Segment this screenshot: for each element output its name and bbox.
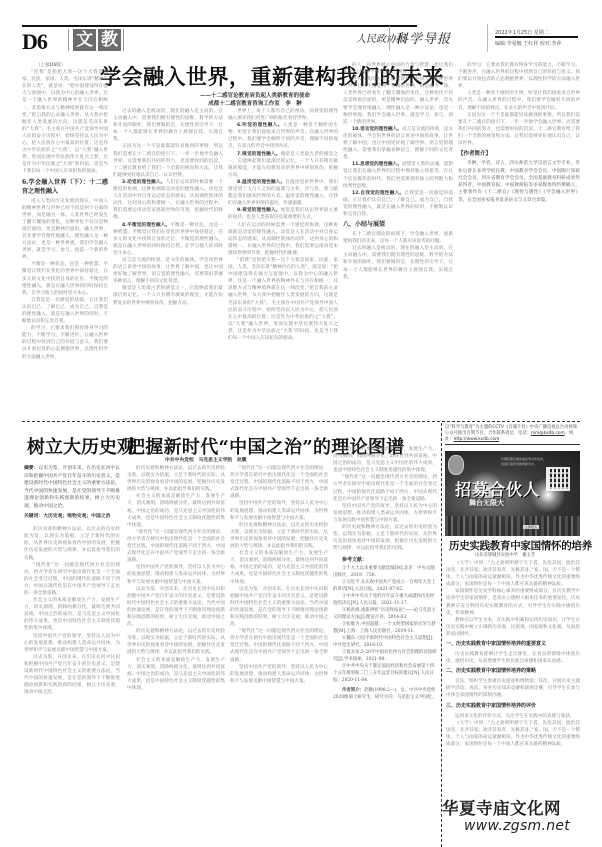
article-1-column-1: （上接D6版） “范我”是指把大我—这个大我是国家、民族、家国、人类。毛泽东讲“… bbox=[22, 62, 108, 420]
article-1-subtitle: ——十二感官论教育肩负起人类新教育的使命 bbox=[140, 91, 370, 99]
paragraph: 社会主义的本质是解放生产力，发展生产力，消灭剥削，消除两极分化，最终达到共同富裕… bbox=[127, 493, 225, 528]
paragraph: 坚持中国共产党的领导，坚持以人民为中心的发展思想，推动构建人类命运共同体，为世界… bbox=[230, 500, 328, 521]
ad-fine-text: 长期招募全国各地优秀合作伙伴，共同打造科学教育新平台 bbox=[501, 457, 546, 466]
inline-heading: 11.思想觉的理性融入。 bbox=[352, 162, 402, 167]
inline-heading: 6.听觉的理性融入。 bbox=[237, 123, 283, 128]
masthead-divider bbox=[68, 29, 69, 51]
issue-date: 2022年1月25日 星期二 bbox=[495, 29, 549, 36]
paragraph: 坚持中国共产党的领导，坚持以人民为中心的发展思想，推动构建人类命运共同体，为世界… bbox=[230, 664, 328, 685]
author-note-label: 作者简介： bbox=[342, 688, 364, 693]
summary-heading: 八、小结与展望 bbox=[343, 220, 453, 229]
watermark-url: www.zgsm.net bbox=[464, 818, 570, 834]
section-separator bbox=[22, 421, 580, 422]
paragraph: 人们在运动的时候需要一个感觉的协调，这种协调就是动觉的理性融入。动觉是人在活动中… bbox=[228, 222, 338, 257]
keywords-label: 关键词： bbox=[24, 513, 43, 519]
article-1-column-2: 过去的融入是被动的，现在的融入是主动的。在主动融入中，需要我们拥有理性的思维、科… bbox=[113, 108, 223, 420]
article-3-heading: 二、历史实践教育中家国情怀培养的策略 bbox=[446, 667, 580, 676]
brand-secondary-logo: 科学导报 bbox=[395, 28, 451, 47]
inline-heading: 4.平衡觉的理性融入。 bbox=[122, 223, 170, 228]
paragraph: “现代化”这一问题是现代西方社会的理论，西方学者在研究中指出现代化是一个全面的社… bbox=[127, 529, 225, 564]
article-1-byline: 成都十二感官教育咨询工作室 李 翀 bbox=[140, 99, 370, 107]
paragraph: 社会主义的本质是解放生产力，发展生产力，消灭剥削，消除两极分化，最终达到共同富裕… bbox=[333, 446, 437, 474]
article-2-column-1: 摘要：以史为鉴，开创未来。在历史长河中认识和把握中国共产党百年奋斗的历史意义，是… bbox=[24, 465, 120, 845]
abstract-label: 摘要： bbox=[24, 465, 38, 471]
article-1-column-5: 的学习，它要求我们拥有终身学习的能力，不断学习、不断进步，在融入世界的过程中找到… bbox=[458, 62, 580, 420]
qr-code-icon bbox=[546, 467, 570, 491]
paragraph: “现代化”这一问题是现代西方社会的理论，西方学者在研究中指出现代化是一个全面的社… bbox=[230, 465, 328, 500]
paragraph: 首先，组织学生参观历史遗迹和博物馆；其次，开展历史主题研学活动；再次，举办历史知… bbox=[446, 678, 580, 699]
inline-heading: 12.自我觉的理性融入。 bbox=[352, 191, 404, 196]
inline-heading: 8.温度觉的理性融入。 bbox=[237, 180, 285, 185]
author-bio: 李翀，学者、诗人，四川师范大学汉语言文学专业，毕业后曾在多所学校任教，中国教育学… bbox=[458, 160, 580, 204]
paragraph: 运用多元化的评价方式，关注学生在实践中的表现与收获。 bbox=[446, 713, 580, 720]
reference-item: ⑤张维为.中国超越：一个文明型国家的光荣与梦想[M].上海：上海人民出版社，20… bbox=[333, 621, 437, 635]
article-2-kicker: 树立大历史观 bbox=[27, 433, 135, 459]
paragraph: 平衡是一种状态，也是一种智慧。平衡觉让我们在变化的世界中保持稳定，在多元的文化中… bbox=[22, 261, 108, 296]
paragraph: 自我觉是一切感觉的基础，它让我们认识自己、了解自己、成为自己。自我觉的理性融入，… bbox=[22, 297, 108, 325]
masthead-divider bbox=[123, 29, 124, 51]
inline-heading: 3.动觉的理性融入。 bbox=[122, 180, 166, 185]
abstract-text: 以史为鉴，开创未来。在历史长河中认识和把握中国共产党百年奋斗的历史意义，是建设新… bbox=[24, 466, 120, 509]
paragraph: 以史为鉴，开创未来。在历史长河中认识和把握中国共产党百年奋斗的历史意义，是建设新… bbox=[127, 586, 225, 629]
article-2-byline: 中共中央党校 马克思主义学院 赵鹏 bbox=[165, 456, 247, 463]
paragraph: 《大学》中讲：“古之欲明明德于天下者，先治其国；欲治其国者，先齐其家；欲齐其家者… bbox=[446, 720, 580, 748]
reference-item: ④杨洪源.重新辨析“历史终结论”——论马克思主义的理论方法[J].理论月刊，20… bbox=[333, 607, 437, 621]
ad-rule bbox=[445, 444, 580, 445]
paragraph: 的学习，它要求我们拥有终身学习的能力，不断学习、不断进步，在融入世界的过程中找到… bbox=[458, 62, 580, 90]
meta-rule bbox=[495, 36, 578, 38]
article-3-byline: 山东省郓城县实验中学 谢玉芳 bbox=[475, 552, 535, 558]
paragraph: 的历史观和精神方法论，以过去的历史经验为鉴，以现实为依据，立足于新时代的实际，从… bbox=[230, 522, 328, 550]
article-1-column-3: 世界上，每个人都有自己的视角，而视觉的理性融入要求我们用更广阔的眼光看待世界。 … bbox=[228, 108, 338, 420]
article-2-body: 的历史观和精神方法论，以过去的历史经验为鉴，以现实为依据，立足于新时代的实际，从… bbox=[24, 526, 120, 696]
watermark-name: 华夏寺庙文化网 bbox=[442, 795, 561, 819]
inline-heading: 7.嗅觉的理性融入。 bbox=[237, 152, 281, 157]
author-bio-title: 【作者简介】 bbox=[458, 151, 580, 158]
reference-item: ⑧中共中央关于制定国民经济和社会发展第十四个五年规划和二〇三五年远景目标的建议[… bbox=[333, 663, 437, 684]
reference-item: ②习近平.在庆祝中国共产党成立一百周年大会上的讲话[N].人民日报，2021-0… bbox=[333, 579, 437, 593]
references-title: 参考文献： bbox=[342, 556, 437, 563]
article-2-column-3: “现代化”这一问题是现代西方社会的理论，西方学者在研究中指出现代化是一个全面的社… bbox=[230, 465, 328, 845]
paragraph: 世界上，每个人都有自己的视角，而视觉的理性融入要求我们用更广阔的眼光看待世界。 bbox=[228, 108, 338, 122]
keywords: 关键词：大历史观；唯物史观；中国之治 bbox=[24, 513, 120, 521]
paragraph: 人们在运动的时候需要一个感觉的协调，这种协调就是动觉的理性融入。动觉是人在活动中… bbox=[113, 180, 223, 220]
paragraph: 的历史观和精神方法论，以过去的历史经验为鉴，以现实为依据，立足于新时代的实际，从… bbox=[333, 524, 437, 552]
section-6-heading: 6.学会融入世界（下）：十二感官之理性融入 bbox=[22, 178, 108, 196]
brand-divider bbox=[389, 26, 390, 50]
article-3-body: 《大学》中讲：“古之欲明明德于天下者，先治其国；欲治其国者，先齐其家；欲齐其家者… bbox=[446, 560, 580, 795]
partner-recruitment-ad[interactable]: 长期招募全国各地优秀合作伙伴，共同打造科学教育新平台 招募合伙人 舞台无限大 立… bbox=[445, 451, 580, 536]
paragraph: 以史为鉴，开创未来。在历史长河中认识和把握中国共产党百年奋斗的历史意义，是建设新… bbox=[24, 654, 120, 697]
reference-item: ⑥魏东.习近平新时代中国特色社会主义思想[J].中共党史研究，2018-10. bbox=[333, 635, 437, 649]
paragraph: 社会主义的本质是解放生产力，发展生产力，消灭剥削，消除两极分化，最终达到共同富裕… bbox=[24, 597, 120, 632]
article-2-column-2: 的历史观和精神方法论，以过去的历史经验为鉴，以现实为依据，立足于新时代的实际，从… bbox=[127, 465, 225, 845]
brand-divider bbox=[487, 24, 488, 52]
crowd-silhouette bbox=[445, 516, 580, 536]
editors-credit: 编辑:李曼娜 王红祥 校对:李萍 bbox=[495, 40, 562, 47]
paragraph: 人类是一种善于倾听的生物，听觉让我们接收来自世界的声音。在融入世界的过程中，我们… bbox=[458, 90, 580, 111]
paragraph: 的历史观和精神方法论，以过去的历史经验为鉴，以现实为依据，立足于新时代的实际，从… bbox=[24, 526, 120, 561]
article-3-title: 历史实践教育中家国情怀的培养 bbox=[449, 538, 584, 553]
paragraph: 家国情怀是历史学科核心素养的重要组成部分，在历史教学中培养学生的家国情怀，是落实… bbox=[446, 588, 580, 616]
paragraph: 的历史观和精神方法论，以过去的历史经验为鉴，以现实为依据，立足于新时代的实际，从… bbox=[127, 628, 225, 656]
ad-url-link[interactable]: http://www.kxdb.com bbox=[454, 437, 500, 442]
paragraph: “现代化”这一问题是现代西方社会的理论，西方学者在研究中指出现代化是一个全面的社… bbox=[230, 628, 328, 663]
paragraph: 的人，向世界展示中国的力量与智慧，也让我们在这个过程中不断地成长与进步。 bbox=[343, 62, 453, 76]
ad-subhead: 舞台无限大 bbox=[467, 498, 506, 508]
section-tag-char-2: 教 bbox=[98, 29, 121, 51]
inline-heading: 10.语言觉的理性融入。 bbox=[352, 127, 402, 132]
paragraph: 的学习，它要求我们拥有终身学习的能力，不断学习、不断进步，在融入世界的过程中找到… bbox=[22, 325, 108, 360]
paragraph: 坚持中国共产党的领导，坚持以人民为中心的发展思想，推动构建人类命运共同体，为世界… bbox=[127, 564, 225, 585]
article-2-body: 社会主义的本质是解放生产力，发展生产力，消灭剥削，消除两极分化，最终达到共同富裕… bbox=[333, 446, 437, 552]
paragraph: “范我”是指把大我—这个大我是国家、民族、家国、人类。毛泽东讲“精神内在的人类”… bbox=[228, 257, 338, 342]
continued-note: （上接D6版） bbox=[22, 62, 108, 69]
article-3-heading: 一、历史实践教育中家国情怀培养的重要意义 bbox=[446, 640, 580, 649]
article-1-column-4: 的人，向世界展示中国的力量与智慧，也让我们在这个过程中不断地成长与进步。 进入人… bbox=[343, 62, 453, 420]
paragraph: 坚持中国共产党的领导，坚持以人民为中心的发展思想，推动构建人类命运共同体，为世界… bbox=[333, 503, 437, 524]
paragraph: 语言是交流的桥梁，是文化的载体。学会用世界的语言讲述中国的故事，让世界了解中国，… bbox=[113, 257, 223, 285]
ad-email-link[interactable]: mm@kxdb.com bbox=[531, 431, 565, 436]
keywords-text: 大历史观；唯物史观；中国之治 bbox=[43, 513, 110, 519]
paragraph: 过去的融入是被动的，现在的融入是主动的。在主动融入中，需要我们拥有理性的思维、科… bbox=[113, 108, 223, 143]
paragraph: 教师应以学生为本，在实践中积累和运用历史知识，让学生在历史实践中树立正确的历史观… bbox=[446, 617, 580, 638]
section-tag-char-1: 文 bbox=[73, 29, 96, 51]
paragraph: 社会主义的本质是解放生产力，发展生产力，消灭剥削，消除两极分化，最终达到共同富裕… bbox=[230, 550, 328, 585]
reference-item: ③中共中央关于党的百年奋斗重大成就和历史经验的决议[N].人民日报，2021-1… bbox=[333, 593, 437, 607]
author-note: 作者简介：赵鹏(1998.2—)，女，中共中央党校2020级硕士研究生，研究方向… bbox=[333, 687, 437, 701]
emblem-icon bbox=[448, 455, 464, 475]
paragraph: 进入人类的历史发展到现在，中国人的精神世界与世界已经不再是两个分离的世界，而是融… bbox=[343, 76, 453, 126]
inline-heading: 9.视觉的理性融入。 bbox=[237, 208, 281, 213]
paragraph: “现代化”这一问题是现代西方社会的理论，西方学者在研究中指出现代化是一个全面的社… bbox=[333, 474, 437, 502]
paragraph: 正因为这一个不是谁都能轻易做到的事情，所以我们需要在十二感官的指引下，一步一步地… bbox=[458, 112, 580, 147]
reference-item: ①十九大以来重要文献选编[M].北京：中央文献出版社，2019：730. bbox=[333, 565, 437, 579]
paragraph: 在十二感官理论的视域下，学会融入世界，重新建构我们的未来，是每一个人都应该思考的… bbox=[343, 231, 453, 245]
ad-headline: 招募合伙人 bbox=[455, 477, 540, 500]
paragraph: 坚持中国共产党的领导，坚持以人民为中心的发展思想，推动构建人类命运共同体，为世界… bbox=[24, 633, 120, 654]
article-3-heading: 三、历史实践教育中家国情怀培养的评价 bbox=[446, 702, 580, 711]
abstract: 摘要：以史为鉴，开创未来。在历史长河中认识和把握中国共产党百年奋斗的历史意义，是… bbox=[24, 465, 120, 511]
masthead-rule bbox=[22, 25, 417, 27]
ad-notice: 以“科学与教育”为主题的CCTV《百城千县》中央广播电视总台央视频公众号推出百期… bbox=[445, 425, 580, 443]
paragraph: “范我”是指把大我—这个大我是国家、民族、家国、人类。毛泽东讲“精神内在的人类”… bbox=[22, 69, 108, 175]
paragraph: 正因为这一个不是谁都能轻易做到的事情，所以我们需要在十二感官的指引下，一步一步地… bbox=[113, 143, 223, 178]
paragraph: 嗅觉是人类最古老的感觉之一，它能唤起我们最深层的记忆。一个人只有拥有敏锐的嗅觉，… bbox=[113, 285, 223, 306]
paragraph: 以史为鉴，开创未来。在历史长河中认识和把握中国共产党百年奋斗的历史意义，是建设新… bbox=[230, 586, 328, 629]
article-2-column-4: 社会主义的本质是解放生产力，发展生产力，消灭剥削，消除两极分化，最终达到共同富裕… bbox=[333, 446, 437, 766]
page-number: D6 bbox=[22, 29, 47, 55]
paragraph: “现代化”这一问题是现代西方社会的理论，西方学者在研究中指出现代化是一个全面的社… bbox=[24, 562, 120, 597]
ad-signup-button[interactable]: 立即报名 bbox=[523, 525, 539, 529]
paragraph: 《大学》中讲：“古之欲明明德于天下者，先治其国；欲治其国者，先齐其家；欲齐其家者… bbox=[446, 560, 580, 588]
column-separator bbox=[441, 423, 442, 847]
paragraph: 社会主义的本质是解放生产力，发展生产力，消灭剥削，消除两极分化，最终达到共同富裕… bbox=[127, 657, 225, 692]
paragraph: 的历史观和精神方法论，以过去的历史经验为鉴，以现实为依据，立足于新时代的实际，从… bbox=[127, 465, 225, 493]
paragraph: 历史实践教育能够让学生走出课堂，在真实的情境中体验历史、感悟历史，从而增强学生的… bbox=[446, 651, 580, 665]
paragraph: 进入人类的历史发展到现在，中国人的精神世界与世界已经不再是两个分离的世界，而是融… bbox=[22, 198, 108, 262]
paragraph: 过去的融入是被动的，现在的融入是主动的。在主动融入中，需要我们拥有理性的思维、科… bbox=[343, 245, 453, 280]
reference-item: ⑦夏永泉.5-20年中国对比西方社会治理的比较研究[J].学术探索，2021-0… bbox=[333, 649, 437, 663]
